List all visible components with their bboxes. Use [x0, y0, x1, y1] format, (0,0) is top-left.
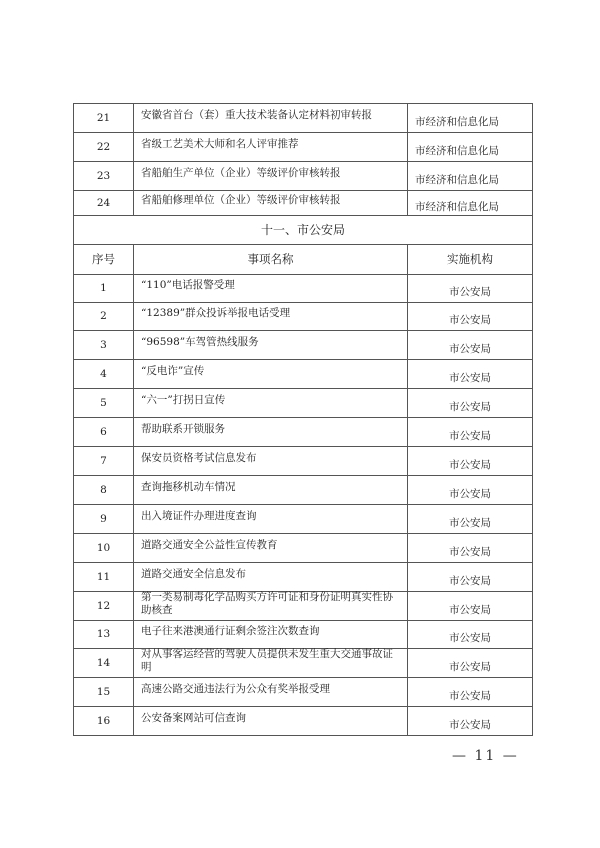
- item-name: 帮助联系开锁服务: [134, 418, 408, 447]
- item-name: “反电诈”宣传: [134, 360, 408, 389]
- row-number: 7: [74, 447, 134, 476]
- header-name: 事项名称: [134, 245, 408, 275]
- item-name: 省级工艺美术大师和名人评审推荐: [134, 133, 408, 162]
- table-row: 15 高速公路交通违法行为公众有奖举报受理 市公安局: [74, 678, 533, 707]
- org-name: 市公安局: [408, 418, 533, 447]
- table-row: 24 省船舶修理单位（企业）等级评价审核转报 市经济和信息化局: [74, 191, 533, 216]
- org-name: 市公安局: [408, 707, 533, 736]
- column-header-row: 序号 事项名称 实施机构: [74, 245, 533, 275]
- item-name: 高速公路交通违法行为公众有奖举报受理: [134, 678, 408, 707]
- item-name: 电子往来港澳通行证剩余签注次数查询: [134, 621, 408, 649]
- org-name: 市公安局: [408, 505, 533, 534]
- item-name: “12389”群众投诉举报电话受理: [134, 303, 408, 331]
- item-name: 道路交通安全公益性宣传教育: [134, 534, 408, 563]
- table-row: 16 公安备案网站可信查询 市公安局: [74, 707, 533, 736]
- table-row: 5 “六一”打拐日宣传 市公安局: [74, 389, 533, 418]
- item-name: 查询拖移机动车情况: [134, 476, 408, 505]
- table-row: 7 保安员资格考试信息发布 市公安局: [74, 447, 533, 476]
- row-number: 5: [74, 389, 134, 418]
- org-name: 市公安局: [408, 563, 533, 592]
- item-name: 省船舶修理单位（企业）等级评价审核转报: [134, 191, 408, 216]
- row-number: 11: [74, 563, 134, 592]
- table-row: 13 电子往来港澳通行证剩余签注次数查询 市公安局: [74, 621, 533, 649]
- table-row: 9 出入境证件办理进度查询 市公安局: [74, 505, 533, 534]
- table-row: 3 “96598”车驾管热线服务 市公安局: [74, 331, 533, 360]
- table-row: 2 “12389”群众投诉举报电话受理 市公安局: [74, 303, 533, 331]
- row-number: 15: [74, 678, 134, 707]
- row-number: 9: [74, 505, 134, 534]
- org-name: 市公安局: [408, 331, 533, 360]
- row-number: 24: [74, 191, 134, 216]
- row-number: 14: [74, 649, 134, 678]
- table-row: 21 安徽省首台（套）重大技术装备认定材料初审转报 市经济和信息化局: [74, 104, 533, 133]
- row-number: 16: [74, 707, 134, 736]
- item-name: “96598”车驾管热线服务: [134, 331, 408, 360]
- row-number: 23: [74, 162, 134, 191]
- org-name: 市经济和信息化局: [408, 162, 533, 191]
- header-org: 实施机构: [408, 245, 533, 275]
- org-name: 市经济和信息化局: [408, 133, 533, 162]
- org-name: 市公安局: [408, 447, 533, 476]
- item-name: 省船舶生产单位（企业）等级评价审核转报: [134, 162, 408, 191]
- item-name: “六一”打拐日宣传: [134, 389, 408, 418]
- item-name: 出入境证件办理进度查询: [134, 505, 408, 534]
- item-name: 公安备案网站可信查询: [134, 707, 408, 736]
- section-title-row: 十一、市公安局: [74, 216, 533, 245]
- item-name: 道路交通安全信息发布: [134, 563, 408, 592]
- org-name: 市公安局: [408, 303, 533, 331]
- table-row: 23 省船舶生产单位（企业）等级评价审核转报 市经济和信息化局: [74, 162, 533, 191]
- row-number: 3: [74, 331, 134, 360]
- item-name: “110”电话报警受理: [134, 275, 408, 303]
- row-number: 13: [74, 621, 134, 649]
- org-name: 市公安局: [408, 275, 533, 303]
- table-row: 14 对从事客运经营的驾驶人员提供未发生重大交通事故证明 市公安局: [74, 649, 533, 678]
- table-row: 1 “110”电话报警受理 市公安局: [74, 275, 533, 303]
- table-row: 12 第一类易制毒化学品购买方许可证和身份证明真实性协助核查 市公安局: [74, 592, 533, 621]
- item-name: 第一类易制毒化学品购买方许可证和身份证明真实性协助核查: [134, 592, 408, 621]
- row-number: 2: [74, 303, 134, 331]
- org-name: 市公安局: [408, 678, 533, 707]
- org-name: 市经济和信息化局: [408, 104, 533, 133]
- row-number: 1: [74, 275, 134, 303]
- section-title: 十一、市公安局: [74, 216, 533, 245]
- table-row: 8 查询拖移机动车情况 市公安局: [74, 476, 533, 505]
- page-number: — 11 —: [452, 748, 519, 764]
- row-number: 4: [74, 360, 134, 389]
- row-number: 12: [74, 592, 134, 621]
- row-number: 8: [74, 476, 134, 505]
- org-name: 市经济和信息化局: [408, 191, 533, 216]
- table-row: 6 帮助联系开锁服务 市公安局: [74, 418, 533, 447]
- row-number: 10: [74, 534, 134, 563]
- org-name: 市公安局: [408, 534, 533, 563]
- item-name: 保安员资格考试信息发布: [134, 447, 408, 476]
- services-table: 21 安徽省首台（套）重大技术装备认定材料初审转报 市经济和信息化局 22 省级…: [73, 103, 533, 736]
- table-row: 4 “反电诈”宣传 市公安局: [74, 360, 533, 389]
- table-row: 11 道路交通安全信息发布 市公安局: [74, 563, 533, 592]
- header-no: 序号: [74, 245, 134, 275]
- org-name: 市公安局: [408, 649, 533, 678]
- row-number: 6: [74, 418, 134, 447]
- org-name: 市公安局: [408, 592, 533, 621]
- table-row: 22 省级工艺美术大师和名人评审推荐 市经济和信息化局: [74, 133, 533, 162]
- row-number: 21: [74, 104, 134, 133]
- org-name: 市公安局: [408, 360, 533, 389]
- item-name: 安徽省首台（套）重大技术装备认定材料初审转报: [134, 104, 408, 133]
- org-name: 市公安局: [408, 476, 533, 505]
- org-name: 市公安局: [408, 389, 533, 418]
- org-name: 市公安局: [408, 621, 533, 649]
- row-number: 22: [74, 133, 134, 162]
- table-row: 10 道路交通安全公益性宣传教育 市公安局: [74, 534, 533, 563]
- item-name: 对从事客运经营的驾驶人员提供未发生重大交通事故证明: [134, 649, 408, 678]
